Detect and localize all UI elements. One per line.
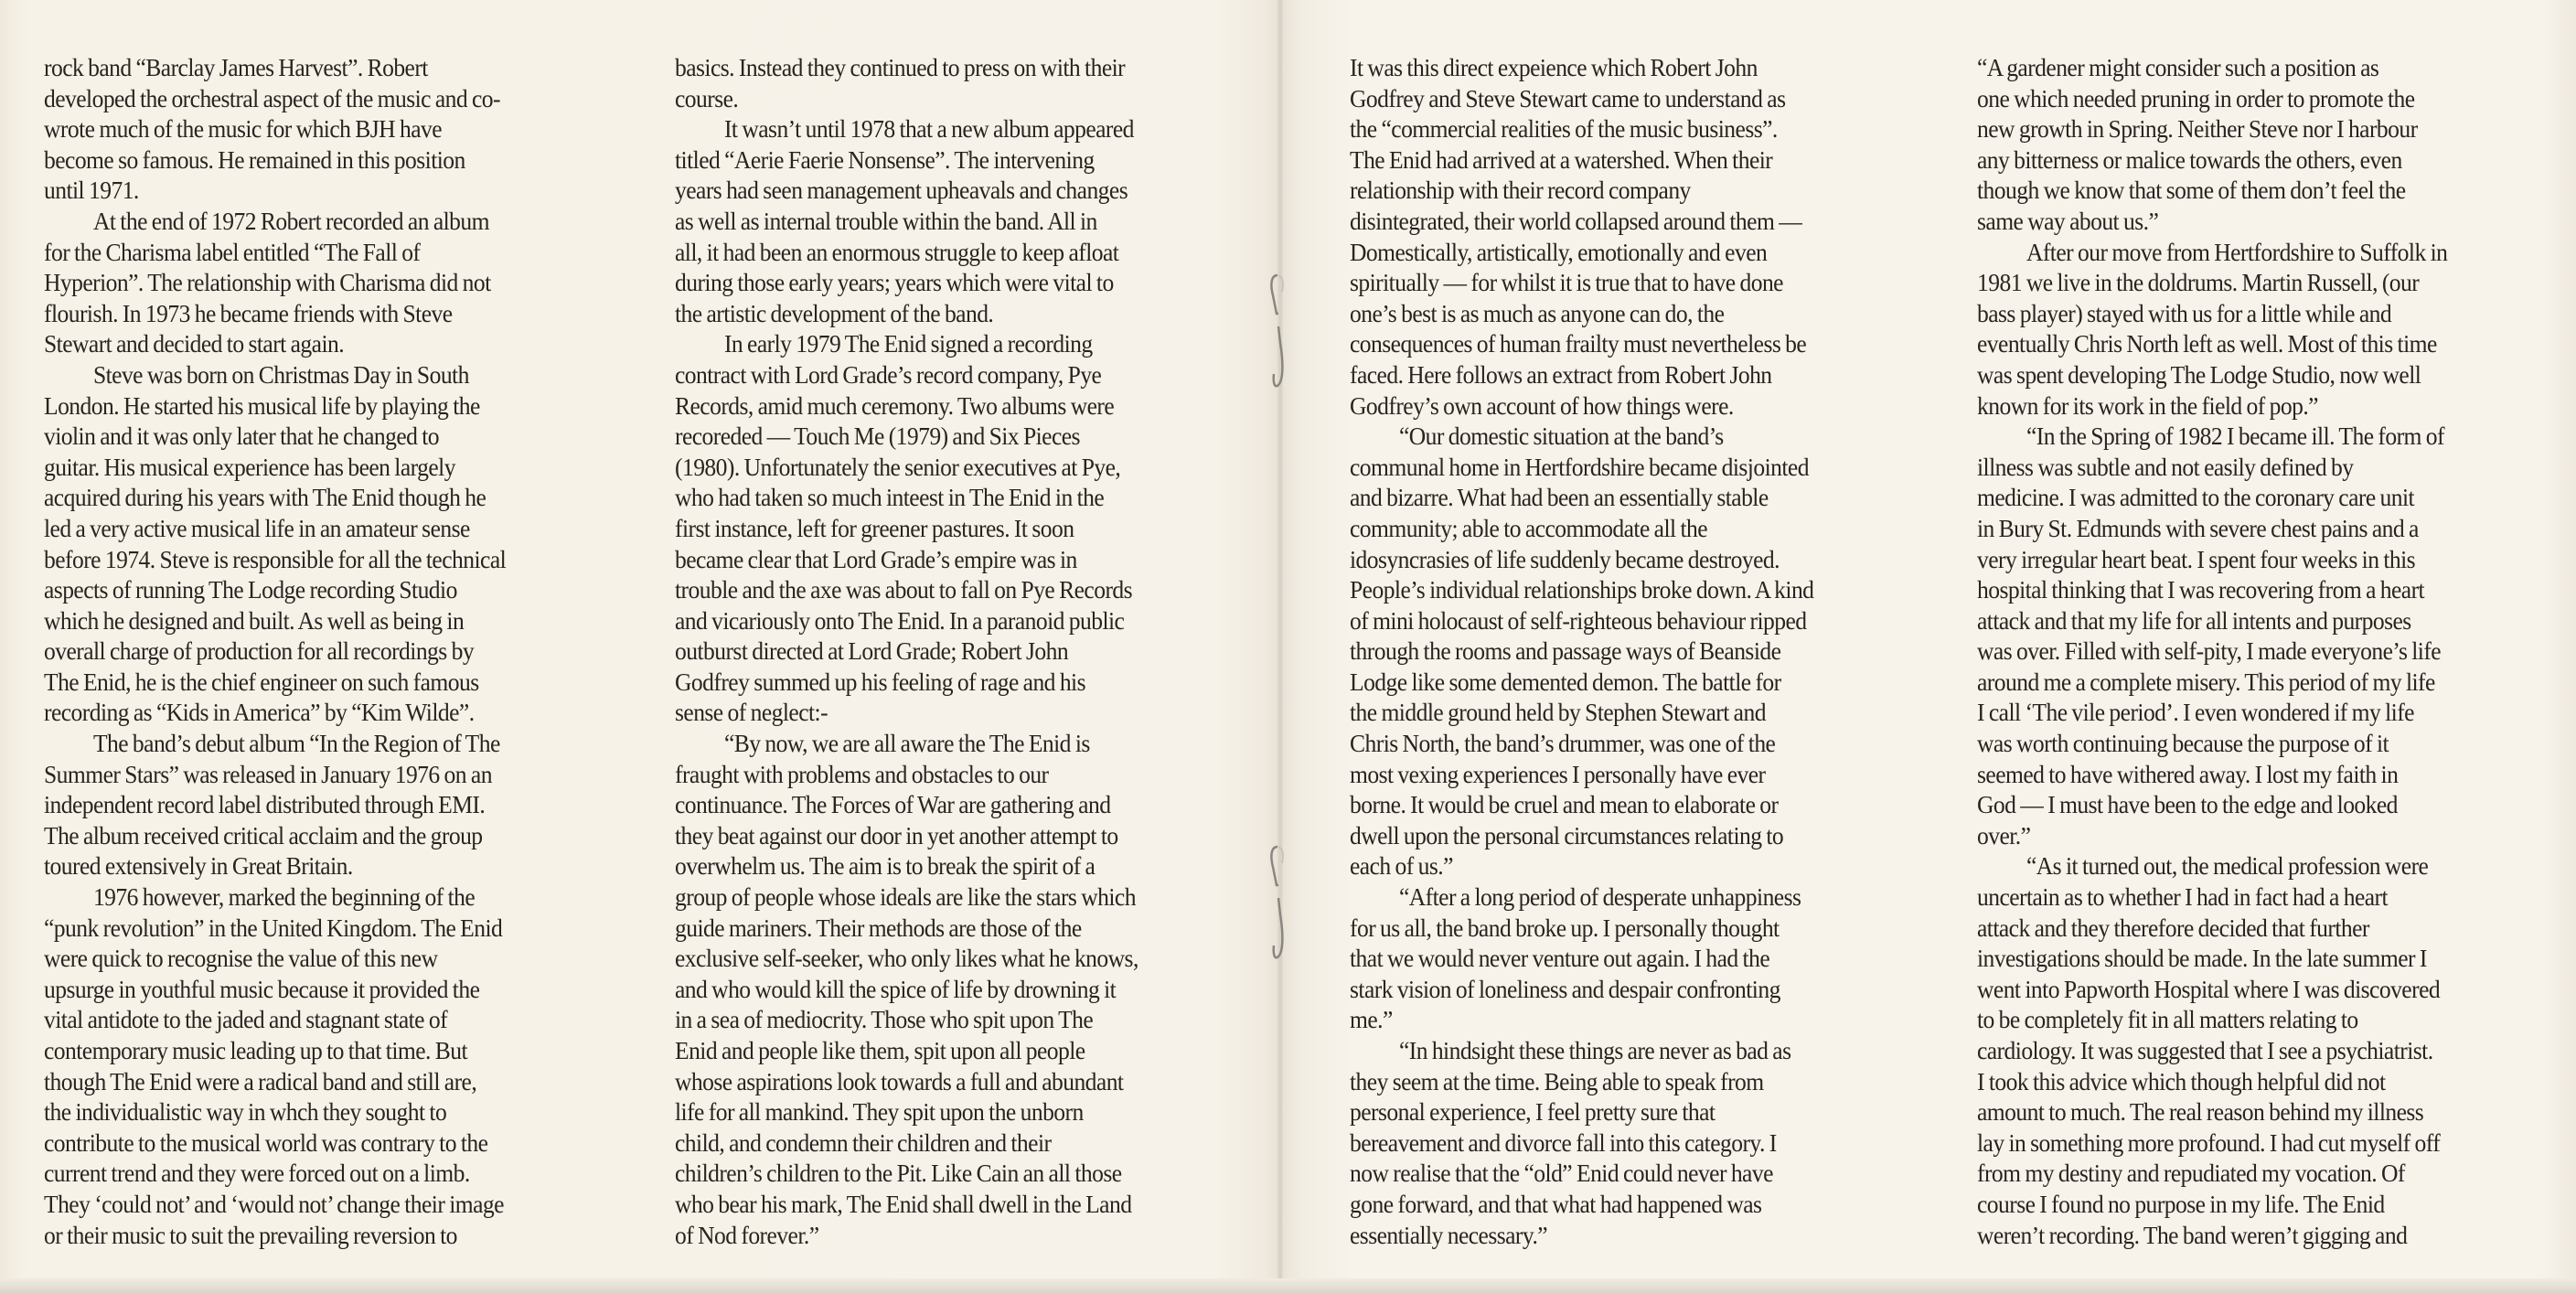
text-line: recoreded — Touch Me (1979) and Six Piec… (675, 421, 1275, 452)
text-line: At the end of 1972 Robert recorded an al… (44, 206, 639, 237)
text-line: now realise that the “old” Enid could ne… (1350, 1158, 1950, 1189)
text-line: The Enid, he is the chief engineer on su… (44, 667, 639, 698)
text-line: same way about us.” (1977, 206, 2576, 237)
text-line: around me a complete misery. This period… (1977, 667, 2576, 698)
text-line: each of us.” (1350, 850, 1950, 882)
text-line: weren’t recording. The band weren’t gigg… (1977, 1220, 2576, 1251)
text-line: sense of neglect:- (675, 697, 1275, 728)
text-line: “Our domestic situation at the band’s (1350, 421, 1950, 452)
text-line: Chris North, the band’s drummer, was one… (1350, 728, 1950, 759)
text-line: me.” (1350, 1004, 1950, 1035)
text-line: basics. Instead they continued to press … (675, 52, 1275, 83)
text-line: child, and condemn their children and th… (675, 1127, 1275, 1159)
text-line: exclusive self-seeker, who only likes wh… (675, 943, 1275, 974)
text-line: most vexing experiences I personally hav… (1350, 759, 1950, 790)
text-line: Godfrey’s own account of how things were… (1350, 390, 1950, 422)
text-line: contemporary music leading up to that ti… (44, 1035, 639, 1066)
text-line: The band’s debut album “In the Region of… (44, 728, 639, 759)
text-line: become so famous. He remained in this po… (44, 144, 639, 176)
page-bottom-edge (0, 1278, 2576, 1293)
text-line: recording as “Kids in America” by “Kim W… (44, 697, 639, 728)
text-line: the middle ground held by Stephen Stewar… (1350, 697, 1950, 728)
text-line: through the rooms and passage ways of Be… (1350, 636, 1950, 667)
text-line: the individualistic way in whch they sou… (44, 1096, 639, 1127)
spine-fold (1277, 0, 1283, 1288)
text-line: as well as internal trouble within the b… (675, 206, 1275, 237)
text-line: Godfrey and Steve Stewart came to unders… (1350, 83, 1950, 114)
text-line: went into Papworth Hospital where I was … (1977, 974, 2576, 1005)
text-line: They ‘could not’ and ‘would not’ change … (44, 1189, 639, 1220)
text-line: Records, amid much ceremony. Two albums … (675, 390, 1275, 422)
text-line: attack and they therefore decided that f… (1977, 913, 2576, 944)
text-line: dwell upon the personal circumstances re… (1350, 820, 1950, 851)
text-line: very irregular heart beat. I spent four … (1977, 544, 2576, 575)
text-line: aspects of running The Lodge recording S… (44, 574, 639, 605)
text-line: to be completely fit in all matters rela… (1977, 1004, 2576, 1035)
text-line: London. He started his musical life by p… (44, 390, 639, 422)
text-line: all, it had been an enormous struggle to… (675, 237, 1275, 268)
text-line: one which needed pruning in order to pro… (1977, 83, 2576, 114)
text-line: idosyncrasies of life suddenly became de… (1350, 544, 1950, 575)
text-column-2: basics. Instead they continued to press … (675, 52, 1275, 1250)
text-line: years had seen management upheavals and … (675, 175, 1275, 206)
text-line: until 1971. (44, 175, 639, 206)
text-line: “In the Spring of 1982 I became ill. The… (1977, 421, 2576, 452)
text-line: Summer Stars” was released in January 19… (44, 759, 639, 790)
text-line: Hyperion”. The relationship with Charism… (44, 267, 639, 298)
text-line: consequences of human frailty must never… (1350, 328, 1950, 359)
text-line: was worth continuing because the purpose… (1977, 728, 2576, 759)
text-line: toured extensively in Great Britain. (44, 850, 639, 882)
text-line: 1976 however, marked the beginning of th… (44, 882, 639, 913)
text-line: wrote much of the music for which BJH ha… (44, 113, 639, 144)
text-line: who had taken so much inteest in The Eni… (675, 482, 1275, 513)
text-line: overall charge of production for all rec… (44, 636, 639, 667)
text-line: communal home in Hertfordshire became di… (1350, 452, 1950, 483)
text-line: overwhelm us. The aim is to break the sp… (675, 850, 1275, 882)
text-line: whose aspirations look towards a full an… (675, 1066, 1275, 1097)
text-line: titled “Aerie Faerie Nonsense”. The inte… (675, 144, 1275, 176)
text-line: and vicariously onto The Enid. In a para… (675, 605, 1275, 636)
text-line: violin and it was only later that he cha… (44, 421, 639, 452)
text-line: independent record label distributed thr… (44, 789, 639, 820)
text-line: contribute to the musical world was cont… (44, 1127, 639, 1159)
text-line: rock band “Barclay James Harvest”. Rober… (44, 52, 639, 83)
text-line: Lodge like some demented demon. The batt… (1350, 667, 1950, 698)
text-line: “After a long period of desperate unhapp… (1350, 882, 1950, 913)
text-line: The album received critical acclaim and … (44, 820, 639, 851)
text-line: trouble and the axe was about to fall on… (675, 574, 1275, 605)
text-line: from my destiny and repudiated my vocati… (1977, 1158, 2576, 1189)
text-line: I call ‘The vile period’. I even wondere… (1977, 697, 2576, 728)
text-line: Stewart and decided to start again. (44, 328, 639, 359)
text-line: bereavement and divorce fall into this c… (1350, 1127, 1950, 1159)
text-line: guide mariners. Their methods are those … (675, 913, 1275, 944)
text-line: acquired during his years with The Enid … (44, 482, 639, 513)
text-line: In early 1979 The Enid signed a recordin… (675, 328, 1275, 359)
text-line: illness was subtle and not easily define… (1977, 452, 2576, 483)
text-line: People’s individual relationships broke … (1350, 574, 1950, 605)
text-line: community; able to accommodate all the (1350, 513, 1950, 544)
text-line: personal experience, I feel pretty sure … (1350, 1096, 1950, 1127)
text-line: was over. Filled with self-pity, I made … (1977, 636, 2576, 667)
text-line: 1981 we live in the doldrums. Martin Rus… (1977, 267, 2576, 298)
text-line: group of people whose ideals are like th… (675, 882, 1275, 913)
text-line: fraught with problems and obstacles to o… (675, 759, 1275, 790)
text-line: amount to much. The real reason behind m… (1977, 1096, 2576, 1127)
text-line: “By now, we are all aware the The Enid i… (675, 728, 1275, 759)
text-line: gone forward, and that what had happened… (1350, 1189, 1950, 1220)
text-line: “punk revolution” in the United Kingdom.… (44, 913, 639, 944)
text-line: “A gardener might consider such a positi… (1977, 52, 2576, 83)
text-line: Domestically, artistically, emotionally … (1350, 237, 1950, 268)
text-line: or their music to suit the prevailing re… (44, 1220, 639, 1251)
text-line: which he designed and built. As well as … (44, 605, 639, 636)
text-line: stark vision of loneliness and despair c… (1350, 974, 1950, 1005)
text-line: continuance. The Forces of War are gathe… (675, 789, 1275, 820)
text-line: hospital thinking that I was recovering … (1977, 574, 2576, 605)
text-line: in a sea of mediocrity. Those who spit u… (675, 1004, 1275, 1035)
text-line: were quick to recognise the value of thi… (44, 943, 639, 974)
text-line: Enid and people like them, spit upon all… (675, 1035, 1275, 1066)
text-line: bass player) stayed with us for a little… (1977, 298, 2576, 329)
text-line: The Enid had arrived at a watershed. Whe… (1350, 144, 1950, 176)
text-line: cardiology. It was suggested that I see … (1977, 1035, 2576, 1066)
text-line: children’s children to the Pit. Like Cai… (675, 1158, 1275, 1189)
text-line: “In hindsight these things are never as … (1350, 1035, 1950, 1066)
text-line: over.” (1977, 820, 2576, 851)
text-line: eventually Chris North left as well. Mos… (1977, 328, 2576, 359)
text-line: God — I must have been to the edge and l… (1977, 789, 2576, 820)
text-line: spiritually — for whilst it is true that… (1350, 267, 1950, 298)
text-line: who bear his mark, The Enid shall dwell … (675, 1189, 1275, 1220)
text-line: uncertain as to whether I had in fact ha… (1977, 882, 2576, 913)
text-column-3: It was this direct expeience which Rober… (1350, 52, 1950, 1250)
text-line: of Nod forever.” (675, 1220, 1275, 1251)
text-line: though The Enid were a radical band and … (44, 1066, 639, 1097)
text-line: led a very active musical life in an ama… (44, 513, 639, 544)
text-line: in Bury St. Edmunds with severe chest pa… (1977, 513, 2576, 544)
text-line: medicine. I was admitted to the coronary… (1977, 482, 2576, 513)
text-line: Godfrey summed up his feeling of rage an… (675, 667, 1275, 698)
text-line: flourish. In 1973 he became friends with… (44, 298, 639, 329)
text-line: they seem at the time. Being able to spe… (1350, 1066, 1950, 1097)
text-line: any bitterness or malice towards the oth… (1977, 144, 2576, 176)
text-line: seemed to have withered away. I lost my … (1977, 759, 2576, 790)
text-line: developed the orchestral aspect of the m… (44, 83, 639, 114)
text-line: guitar. His musical experience has been … (44, 452, 639, 483)
text-line: relationship with their record company (1350, 175, 1950, 206)
text-line: It wasn’t until 1978 that a new album ap… (675, 113, 1275, 144)
text-line: new growth in Spring. Neither Steve nor … (1977, 113, 2576, 144)
text-line: attack and that my life for all intents … (1977, 605, 2576, 636)
text-line: during those early years; years which we… (675, 267, 1275, 298)
text-line: life for all mankind. They spit upon the… (675, 1096, 1275, 1127)
text-line: disintegrated, their world collapsed aro… (1350, 206, 1950, 237)
text-column-4: “A gardener might consider such a positi… (1977, 52, 2576, 1250)
text-line: for the Charisma label entitled “The Fal… (44, 237, 639, 268)
text-line: known for its work in the field of pop.” (1977, 390, 2576, 422)
text-line: course I found no purpose in my life. Th… (1977, 1189, 2576, 1220)
text-line: the artistic development of the band. (675, 298, 1275, 329)
text-line: current trend and they were forced out o… (44, 1158, 639, 1189)
text-line: though we know that some of them don’t f… (1977, 175, 2576, 206)
text-line: of mini holocaust of self-righteous beha… (1350, 605, 1950, 636)
text-line: and bizarre. What had been an essentiall… (1350, 482, 1950, 513)
text-line: for us all, the band broke up. I persona… (1350, 913, 1950, 944)
text-line: upsurge in youthful music because it pro… (44, 974, 639, 1005)
text-line: one’s best is as much as anyone can do, … (1350, 298, 1950, 329)
text-line: the “commercial realities of the music b… (1350, 113, 1950, 144)
text-line: (1980). Unfortunately the senior executi… (675, 452, 1275, 483)
booklet-spread: rock band “Barclay James Harvest”. Rober… (0, 0, 2576, 1289)
text-line: vital antidote to the jaded and stagnant… (44, 1004, 639, 1035)
text-line: Steve was born on Christmas Day in South (44, 359, 639, 390)
text-column-1: rock band “Barclay James Harvest”. Rober… (44, 52, 639, 1250)
text-line: before 1974. Steve is responsible for al… (44, 544, 639, 575)
text-line: course. (675, 83, 1275, 114)
text-line: faced. Here follows an extract from Robe… (1350, 359, 1950, 390)
text-line: lay in something more profound. I had cu… (1977, 1127, 2576, 1159)
text-line: was spent developing The Lodge Studio, n… (1977, 359, 2576, 390)
text-line: It was this direct expeience which Rober… (1350, 52, 1950, 83)
text-line: borne. It would be cruel and mean to ela… (1350, 789, 1950, 820)
text-line: became clear that Lord Grade’s empire wa… (675, 544, 1275, 575)
text-line: I took this advice which though helpful … (1977, 1066, 2576, 1097)
text-line: they beat against our door in yet anothe… (675, 820, 1275, 851)
text-line: After our move from Hertfordshire to Suf… (1977, 237, 2576, 268)
text-line: investigations should be made. In the la… (1977, 943, 2576, 974)
text-line: first instance, left for greener pasture… (675, 513, 1275, 544)
text-line: and who would kill the spice of life by … (675, 974, 1275, 1005)
text-line: contract with Lord Grade’s record compan… (675, 359, 1275, 390)
text-line: outburst directed at Lord Grade; Robert … (675, 636, 1275, 667)
text-line: “As it turned out, the medical professio… (1977, 850, 2576, 882)
text-line: essentially necessary.” (1350, 1220, 1950, 1251)
text-line: that we would never venture out again. I… (1350, 943, 1950, 974)
